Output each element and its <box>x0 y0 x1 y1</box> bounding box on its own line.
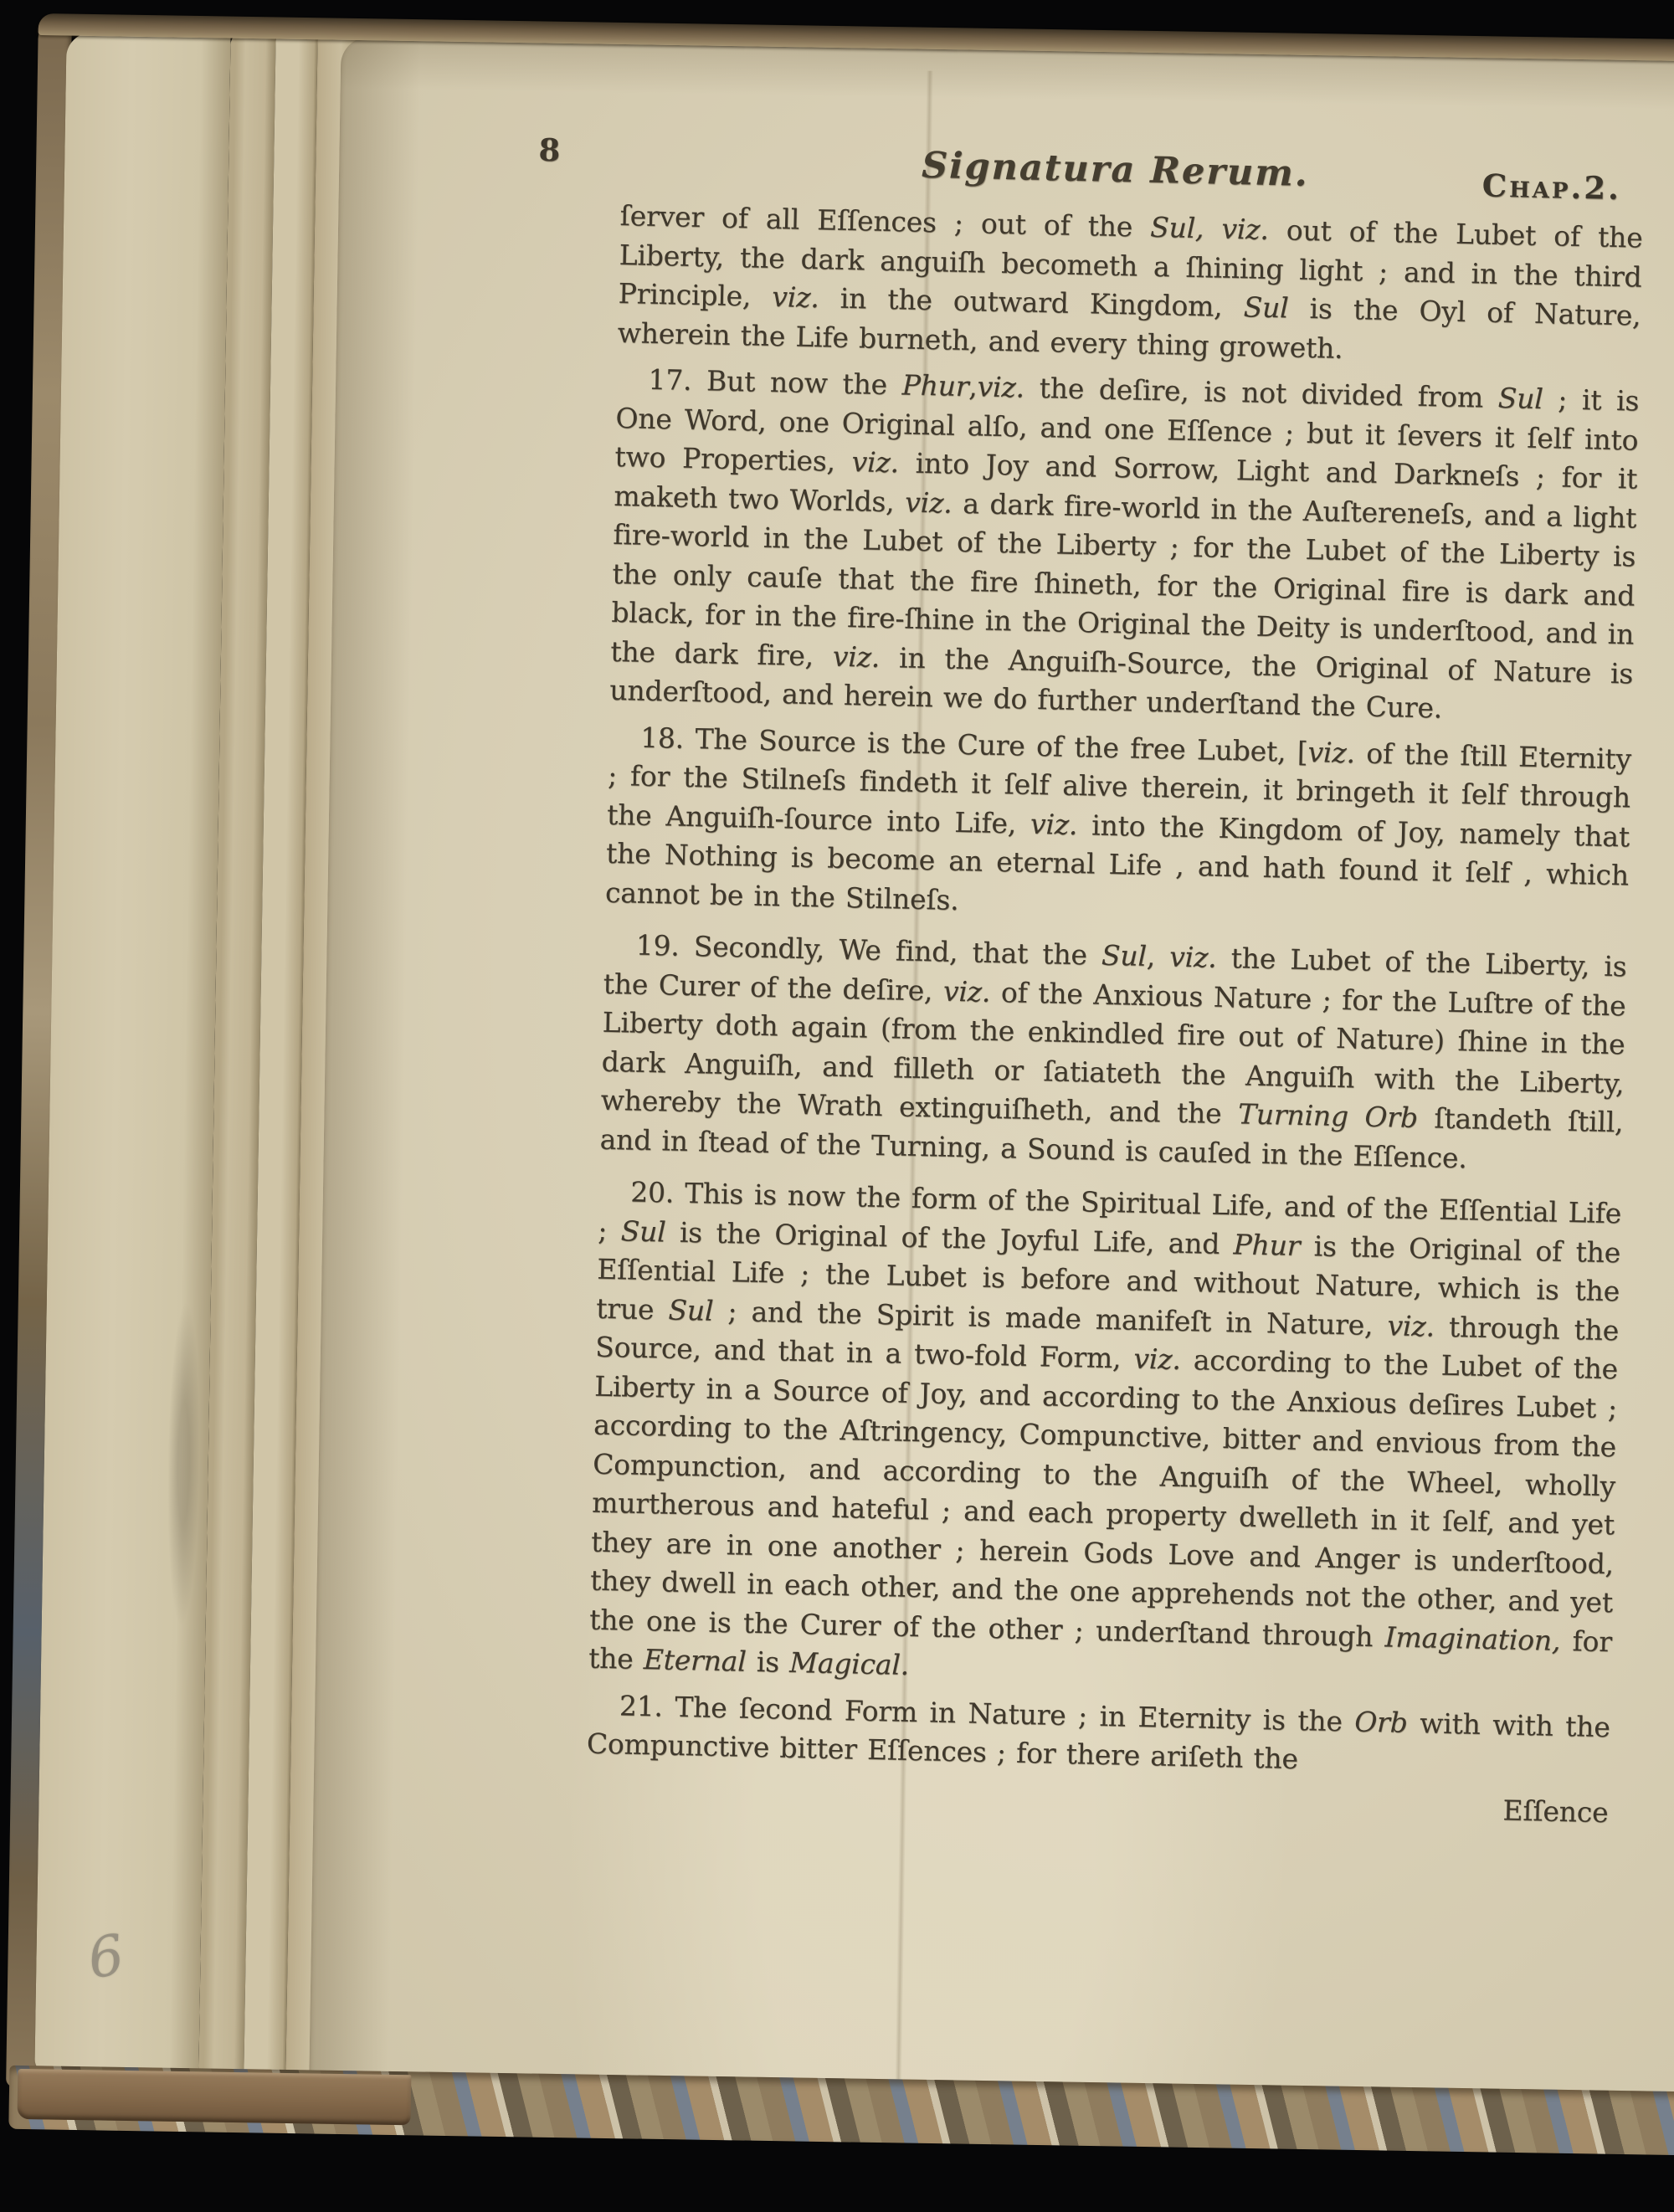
text-segment: in the outward Kingdom, <box>819 281 1244 323</box>
text-segment: Eternal <box>643 1643 747 1678</box>
text-segment: viz. <box>851 445 899 479</box>
text-segment: viz. <box>977 370 1024 403</box>
text-segment: ſerver of all Eſſences ; out of the <box>619 199 1150 244</box>
text-segment: viz. <box>1307 736 1355 769</box>
text-segment: viz. <box>1133 1342 1181 1376</box>
text-segment: is <box>746 1645 790 1679</box>
text-segment: Sul <box>1243 290 1289 324</box>
text-segment: is the Original of the Joyful Life, and <box>665 1215 1234 1260</box>
text-segment: Sul <box>620 1214 666 1248</box>
photo-background: { "header": { "page_number": "8", "title… <box>0 0 1674 2212</box>
paragraph: 19. Secondly, We find, that the Sul, viz… <box>599 926 1627 1182</box>
text-segment: Turning Orb <box>1238 1097 1419 1134</box>
text-segment: viz. <box>772 280 819 314</box>
paragraph: 17. But now the Phur,viz. the deſire, is… <box>609 360 1640 732</box>
chapter-label: Chap.2. <box>1481 167 1621 207</box>
text-segment: Phur <box>901 368 969 403</box>
text-segment: viz. <box>1387 1309 1435 1342</box>
text-segment: 17. But now the <box>648 363 902 402</box>
printed-content: 8 Signatura Rerum. Chap.2. ſerver of all… <box>0 10 1674 2174</box>
text-segment: viz. <box>1169 940 1217 973</box>
text-segment: Sul, <box>1150 211 1204 244</box>
text-segment: 18. The Source is the Cure of the free L… <box>640 721 1308 767</box>
page-number: 8 <box>538 131 561 169</box>
text-segment: viz. <box>943 974 991 1008</box>
text-segment: viz. <box>833 639 881 673</box>
text-segment: Magical. <box>789 1646 910 1681</box>
text-segment <box>1204 212 1222 244</box>
text-segment: Sul <box>668 1293 714 1327</box>
text-segment: Orb <box>1354 1705 1408 1738</box>
text-segment: viz. <box>1030 807 1078 840</box>
paragraph: 18. The Source is the Cure of the free L… <box>605 717 1632 934</box>
book: 8 Signatura Rerum. Chap.2. ſerver of all… <box>5 13 1674 2167</box>
text-block: ſerver of all Eſſences ; out of the Sul,… <box>585 197 1643 1840</box>
text-segment: Phur <box>1233 1228 1301 1262</box>
text-segment: Sul <box>1101 939 1148 973</box>
text-segment: according to the Lubet of the Liberty in… <box>589 1343 1619 1653</box>
text-segment: the deſire, is not divided from <box>1024 372 1499 414</box>
text-segment: ; and the Spirit is made manifeſt in Nat… <box>713 1294 1388 1342</box>
paragraph: 21. The ſecond Form in Nature ; in Etern… <box>586 1686 1610 1786</box>
text-segment: viz. <box>1221 213 1269 246</box>
text-segment: 19. Secondly, We find, that the <box>635 929 1101 972</box>
text-segment: Imagination, <box>1384 1620 1560 1657</box>
text-segment: viz. <box>905 485 953 519</box>
text-segment: Sul <box>1497 382 1543 415</box>
running-title: Signatura Rerum. <box>922 145 1310 195</box>
text-segment: , <box>1146 940 1169 973</box>
paragraph: ſerver of all Eſſences ; out of the Sul,… <box>617 197 1643 375</box>
paragraph: 20. This is now the form of the Spiritua… <box>588 1173 1622 1701</box>
